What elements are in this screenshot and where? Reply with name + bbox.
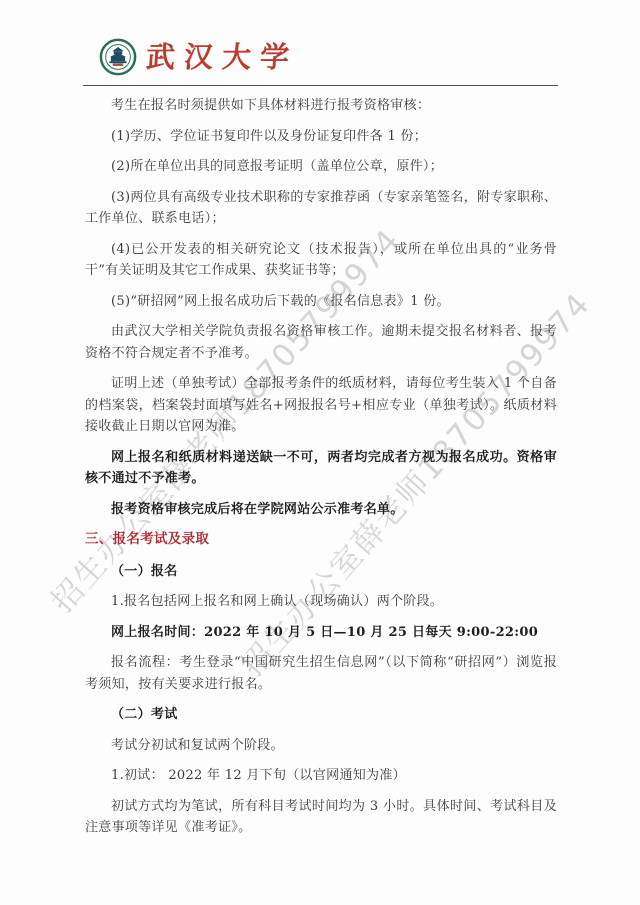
paragraph: 报名流程：考生登录“中国研究生招生信息网”（以下简称“研招网”）浏览报考须知，按… [85, 652, 557, 695]
paragraph: 1.报名包括网上报名和网上确认（现场确认）两个阶段。 [85, 591, 557, 613]
wuhan-university-emblem-icon [99, 38, 137, 76]
document-body: 考生在报名时须提供如下具体材料进行报考资格审核：(1)学历、学位证书复印件以及身… [85, 95, 557, 848]
paragraph: (5)“研招网”网上报名成功后下载的《报名信息表》1 份。 [85, 291, 557, 313]
paragraph: （一）报名 [85, 561, 557, 583]
paragraph: (4)已公开发表的相关研究论文（技术报告），或所在单位出具的“业务骨干”有关证明… [85, 239, 557, 282]
paragraph: 考试分初试和复试两个阶段。 [85, 735, 557, 757]
paragraph: (1)学历、学位证书复印件以及身份证复印件各 1 份； [85, 126, 557, 148]
paragraph: 考生在报名时须提供如下具体材料进行报考资格审核： [85, 95, 557, 117]
paragraph: 证明上述（单独考试）全部报考条件的纸质材料，请每位考生装入 1 个自备的档案袋，… [85, 373, 557, 438]
paragraph: 网上报名和纸质材料递送缺一不可，两者均完成者方视为报名成功。资格审核不通过不予准… [85, 447, 557, 490]
paragraph: 由武汉大学相关学院负责报名资格审核工作。逾期未提交报名材料者、报考资格不符合规定… [85, 321, 557, 364]
paragraph: 报考资格审核完成后将在学院网站公示准考名单。 [85, 499, 557, 521]
paragraph: 三、报名考试及录取 [85, 529, 557, 551]
paragraph: （二）考试 [85, 704, 557, 726]
paragraph: 初试方式均为笔试，所有科目考试时间均为 3 小时。具体时间、考试科目及注意事项等… [85, 796, 557, 839]
document-header: 武汉大学 [99, 38, 298, 76]
document-page: 招生办公室薛老师18705799974 招生办公室薛老师18705799974 … [0, 0, 640, 905]
paragraph: 网上报名时间：2022 年 10 月 5 日—10 月 25 日每天 9:00-… [85, 622, 557, 644]
university-name: 武汉大学 [145, 43, 299, 72]
paragraph: (3)两位具有高级专业技术职称的专家推荐函（专家亲笔签名，附专家职称、工作单位、… [85, 187, 557, 230]
paragraph: 1.初试： 2022 年 12 月下旬（以官网通知为准） [85, 765, 557, 787]
paragraph: (2)所在单位出具的同意报考证明（盖单位公章，原件）； [85, 156, 557, 178]
header-divider [83, 85, 558, 86]
